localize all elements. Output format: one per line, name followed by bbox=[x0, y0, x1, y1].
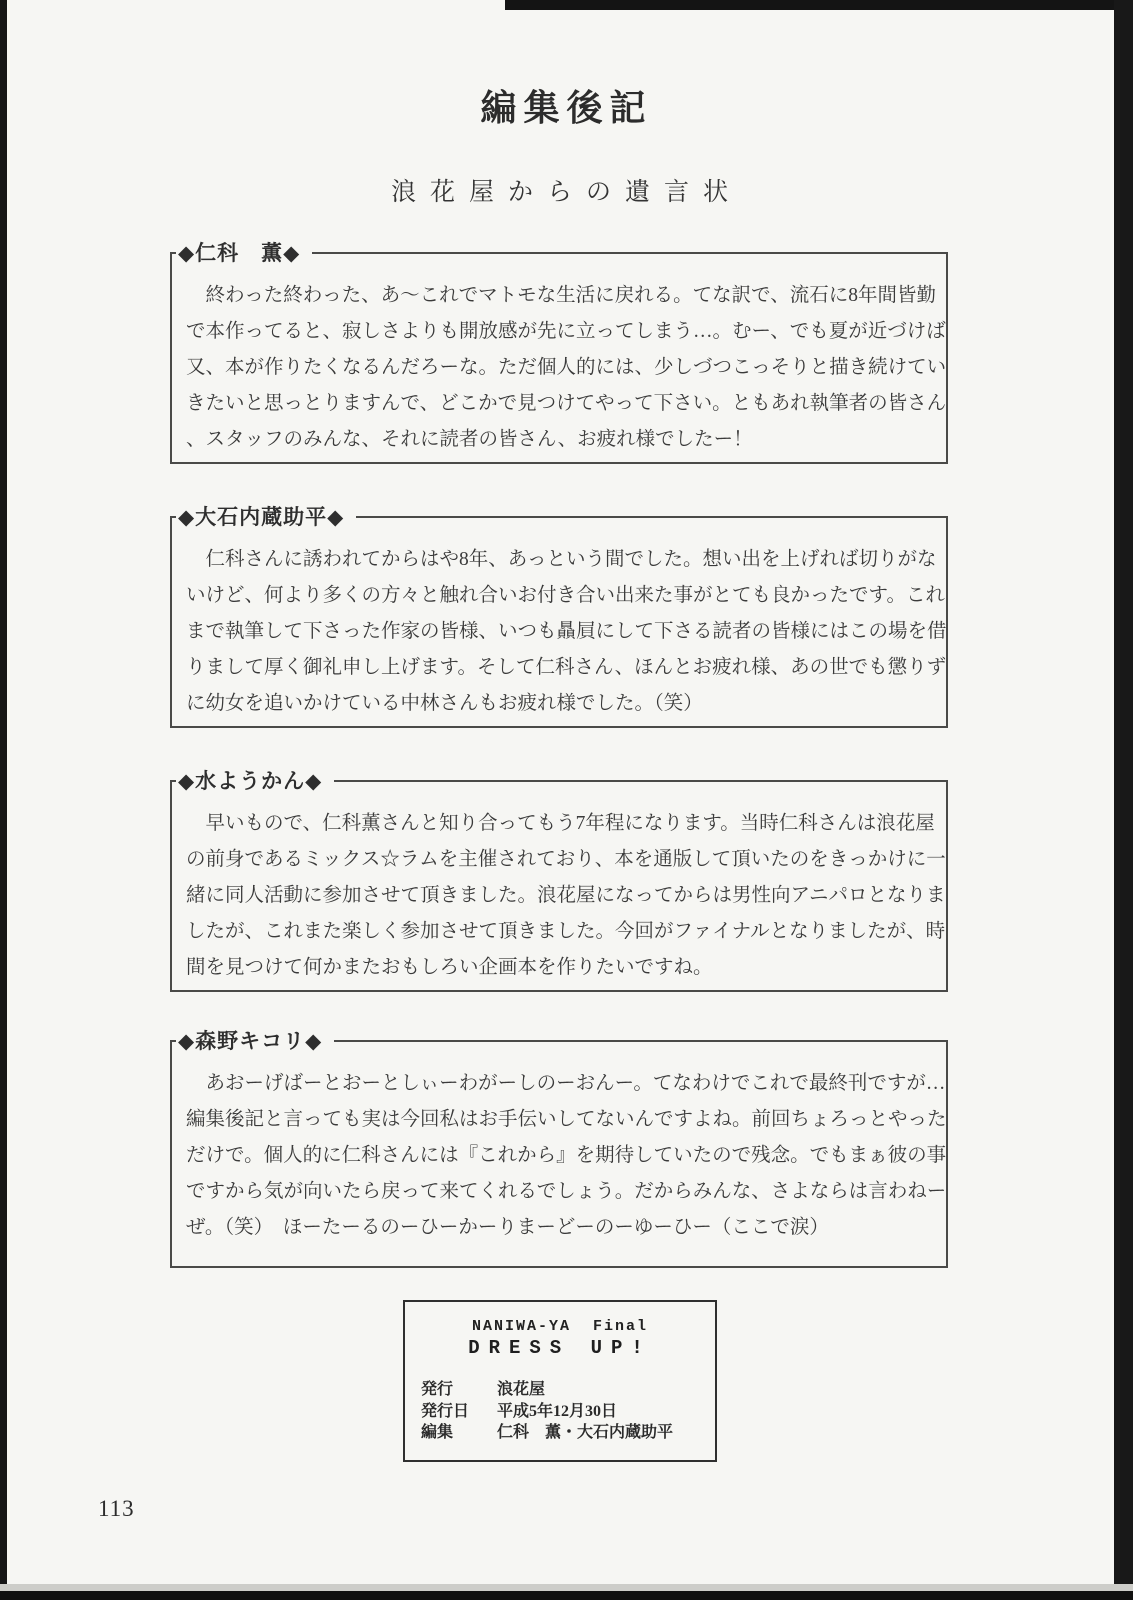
colophon-value: 平成5年12月30日 bbox=[497, 1401, 617, 1423]
text-line: まで執筆して下さった作家の皆様、いつも贔屓にして下さる読者の皆様にはこの場を借 bbox=[186, 614, 936, 650]
text-line: 間を見つけて何かまたおもしろい企画本を作りたいですね。 bbox=[186, 950, 936, 986]
section-header-morino: ◆森野キコリ◆ bbox=[176, 1028, 334, 1054]
text-line: ですから気が向いたら戻って来てくれるでしょう。だからみんな、さよならは言わねー bbox=[186, 1174, 936, 1210]
text-line: きたいと思っとりますんで、どこかで見つけてやって下さい。ともあれ執筆者の皆さん bbox=[186, 386, 936, 422]
text-line: したが、これまた楽しく参加させて頂きました。今回がファイナルとなりましたが、時 bbox=[186, 914, 936, 950]
text-line: 終わった終わった、あ～これでマトモな生活に戻れる。てな訳で、流石に8年間皆勤 bbox=[186, 278, 936, 314]
text-line: ぜ。（笑） ほーたーるのーひーかーりまーどーのーゆーひー（ここで涙） bbox=[186, 1210, 936, 1246]
section-header-mizuyokan: ◆水ようかん◆ bbox=[176, 768, 334, 794]
colophon-box: NANIWA-YA Final DRESS UP! 発行 浪花屋 発行日 平成5… bbox=[403, 1300, 717, 1462]
colophon-rows: 発行 浪花屋 発行日 平成5年12月30日 編集 仁科 薫・大石内蔵助平 bbox=[421, 1379, 715, 1444]
text-line: 緒に同人活動に参加させて頂きました。浪花屋になってからは男性向アニパロとなりま bbox=[186, 878, 936, 914]
colophon-row-editors: 編集 仁科 薫・大石内蔵助平 bbox=[421, 1422, 715, 1444]
scan-edge-bottom bbox=[0, 1591, 1133, 1600]
text-line: に幼女を追いかけている中林さんもお疲れ様でした。（笑） bbox=[186, 686, 936, 722]
page-title: 編集後記 bbox=[0, 80, 1133, 131]
colophon-row-date: 発行日 平成5年12月30日 bbox=[421, 1401, 715, 1423]
scan-edge-top bbox=[505, 0, 1133, 10]
text-line: 早いもので、仁科薫さんと知り合ってもう7年程になります。当時仁科さんは浪花屋 bbox=[186, 806, 936, 842]
colophon-label: 発行 bbox=[421, 1379, 497, 1401]
afterword-section-mizuyokan: ◆水ようかん◆ 早いもので、仁科薫さんと知り合ってもう7年程になります。当時仁科… bbox=[170, 780, 948, 992]
scanned-page: 編集後記 浪花屋からの遺言状 ◆仁科 薫◆ 終わった終わった、あ～これでマトモな… bbox=[0, 0, 1133, 1600]
page-number: 113 bbox=[98, 1496, 135, 1522]
text-line: 編集後記と言っても実は今回私はお手伝いしてないんですよね。前回ちょろっとやった bbox=[186, 1102, 936, 1138]
scan-edge-bottom-shadow bbox=[0, 1584, 1133, 1591]
colophon-title: DRESS UP! bbox=[405, 1337, 715, 1359]
colophon-label: 編集 bbox=[421, 1422, 497, 1444]
afterword-section-nishina: ◆仁科 薫◆ 終わった終わった、あ～これでマトモな生活に戻れる。てな訳で、流石に… bbox=[170, 252, 948, 464]
page-subtitle: 浪花屋からの遺言状 bbox=[0, 172, 1133, 208]
text-line: りまして厚く御礼申し上げます。そして仁科さん、ほんとお疲れ様、あの世でも懲りず bbox=[186, 650, 936, 686]
colophon-series: NANIWA-YA Final bbox=[405, 1318, 715, 1335]
afterword-section-oishi: ◆大石内蔵助平◆ 仁科さんに誘われてからはや8年、あっという間でした。想い出を上… bbox=[170, 516, 948, 728]
text-line: 仁科さんに誘われてからはや8年、あっという間でした。想い出を上げれば切りがな bbox=[186, 542, 936, 578]
text-line: で本作ってると、寂しさよりも開放感が先に立ってしまう…。むー、でも夏が近づけば bbox=[186, 314, 936, 350]
afterword-section-morino: ◆森野キコリ◆ あおーげばーとおーとしぃーわがーしのーおんー。てなわけでこれで最… bbox=[170, 1040, 948, 1268]
scan-edge-right bbox=[1114, 0, 1133, 1600]
text-line: の前身であるミックス☆ラムを主催されており、本を通版して頂いたのをきっかけに一 bbox=[186, 842, 936, 878]
text-line: いけど、何より多くの方々と触れ合いお付き合い出来た事がとても良かったです。これ bbox=[186, 578, 936, 614]
section-header-nishina: ◆仁科 薫◆ bbox=[176, 240, 312, 266]
colophon-row-publisher: 発行 浪花屋 bbox=[421, 1379, 715, 1401]
section-header-oishi: ◆大石内蔵助平◆ bbox=[176, 504, 356, 530]
colophon-value: 仁科 薫・大石内蔵助平 bbox=[497, 1422, 673, 1444]
text-line: だけで。個人的に仁科さんには『これから』を期待していたので残念。でもまぁ彼の事 bbox=[186, 1138, 936, 1174]
scan-edge-left bbox=[0, 0, 7, 1600]
text-line: 、スタッフのみんな、それに読者の皆さん、お疲れ様でしたー！ bbox=[186, 422, 936, 458]
colophon-label: 発行日 bbox=[421, 1401, 497, 1423]
text-line: あおーげばーとおーとしぃーわがーしのーおんー。てなわけでこれで最終刊ですが… bbox=[186, 1066, 936, 1102]
colophon-value: 浪花屋 bbox=[497, 1379, 545, 1401]
text-line: 又、本が作りたくなるんだろーな。ただ個人的には、少しづつこっそりと描き続けてい bbox=[186, 350, 936, 386]
